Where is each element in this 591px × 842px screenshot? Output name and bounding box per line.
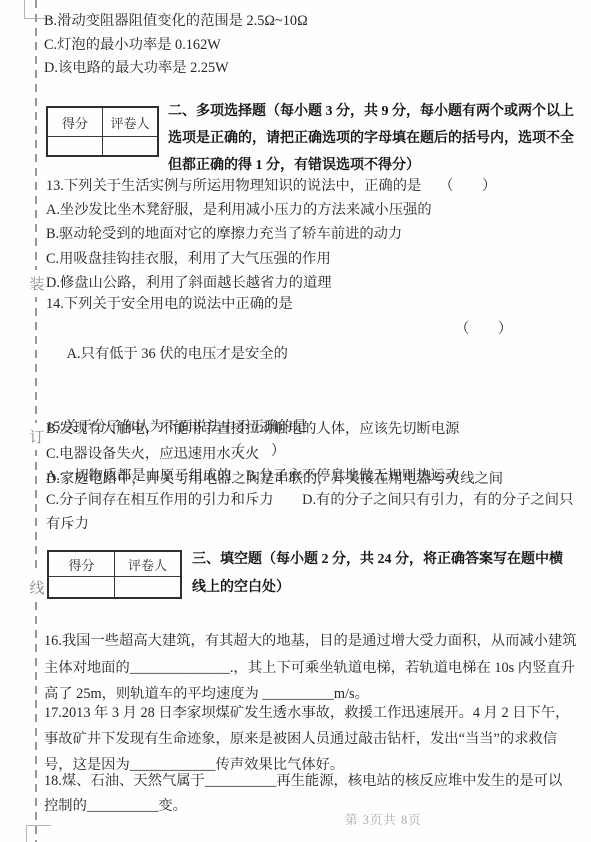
score-label: 得分 (48, 551, 115, 577)
score-input-cell (48, 577, 115, 599)
question-18: 18.煤、石油、天然气属于__________再生能源，核电站的核反应堆中发生的… (44, 769, 562, 819)
q13-option-a: A.坐沙发比坐木凳舒服，是利用减小压力的方法来减小压强的 (46, 198, 496, 222)
score-box-1: 得分 评卷人 (46, 106, 159, 157)
q12-option-b: B.滑动变阻器阻值变化的范围是 2.5Ω~10Ω (44, 10, 308, 34)
q15-answer-bracket: （ ） (46, 439, 573, 463)
q18-line-1: 18.煤、石油、天然气属于__________再生能源，核电站的核反应堆中发生的… (44, 769, 562, 794)
q14-option-a: A.只有低于 36 伏的电压才是安全的 (67, 346, 288, 362)
score-input-cell (47, 137, 103, 157)
q13-option-c: C.用吸盘挂钩挂衣服，利用了大气压强的作用 (46, 247, 496, 271)
q14-answer-bracket: （ ） (455, 317, 512, 342)
q14-stem: 14.下列关于安全用电的说法中正确的是 (46, 292, 503, 317)
q12-option-c: C.灯泡的最小功率是 0.162W (44, 34, 308, 58)
q14-option-a-row: A.只有低于 36 伏的电压才是安全的 （ ） (46, 317, 503, 417)
score-label: 得分 (47, 107, 103, 137)
q17-line-2: 事故矿井下发现有生命迹象，原来是被困人员通过敲击钻杆，发出“当当”的求救信 (44, 726, 569, 752)
grader-label: 评卷人 (103, 107, 159, 137)
exam-page: 装 订 线 B.滑动变阻器阻值变化的范围是 2.5Ω~10Ω C.灯泡的最小功率… (0, 0, 591, 842)
binding-char-xian: 线 (28, 574, 46, 601)
q12-option-d: D.该电路的最大功率是 2.25W (44, 57, 308, 81)
q17-line-1: 17.2013 年 3 月 28 日李家坝煤矿发生透水事故，救援工作迅速展开。4… (44, 700, 569, 726)
score-box-2: 得分 评卷人 (47, 550, 182, 599)
section-2-header-line-1: 二、多项选择题（每小题 3 分，共 9 分，每小题有两个或两个以上 (168, 98, 578, 125)
q15-stem: 15.关于分子你认为下面说法中不正确的是 (46, 415, 573, 439)
grader-label: 评卷人 (115, 551, 182, 577)
q13-option-b: B.驱动轮受到的地面对它的摩擦力充当了轿车前进的动力 (46, 222, 496, 246)
q13-stem: 13.下列关于生活实例与所运用物理知识的说法中，正确的是 （ ） (46, 174, 496, 198)
binding-char-ding: 订 (28, 423, 46, 450)
section-3-header-line-1: 三、填空题（每小题 2 分，共 24 分，将正确答案写在题中横 (192, 546, 577, 574)
q15-options-cd: C.分子间存在相互作用的引力和斥力 D.有的分子之间只有引力，有的分子之间只 (46, 488, 573, 512)
question-17: 17.2013 年 3 月 28 日李家坝煤矿发生透水事故，救援工作迅速展开。4… (44, 700, 569, 778)
q15-option-d-wrap: 有斥力 (46, 512, 573, 536)
section-2-header-line-2: 选项是正确的，请把正确选项的字母填在题后的括号内，选项不全 (168, 125, 578, 152)
frame-corner-bottom-left (26, 825, 51, 842)
question-13: 13.下列关于生活实例与所运用物理知识的说法中，正确的是 （ ） A.坐沙发比坐… (46, 174, 496, 295)
section-3-header: 三、填空题（每小题 2 分，共 24 分，将正确答案写在题中横 线上的空白处） (192, 546, 577, 602)
question-16: 16.我国一些超高大建筑，有其超大的地基，目的是通过增大受力面积，从而减小建筑 … (44, 628, 577, 708)
question-15: 15.关于分子你认为下面说法中不正确的是 （ ） A.一切物质都是由原子组成的 … (46, 415, 573, 536)
page-footer: 第 3页共 8页 (345, 810, 422, 828)
grader-input-cell (115, 577, 182, 599)
section-3-header-line-2: 线上的空白处） (192, 574, 577, 602)
question-12-options: B.滑动变阻器阻值变化的范围是 2.5Ω~10Ω C.灯泡的最小功率是 0.16… (44, 10, 308, 81)
section-2-header: 二、多项选择题（每小题 3 分，共 9 分，每小题有两个或两个以上 选项是正确的… (168, 98, 578, 179)
q16-line-2: 主体对地面的______________.，其上下可乘坐轨道电梯，若轨道电梯在 … (44, 655, 577, 682)
q18-line-2: 控制的__________变。 (44, 794, 562, 819)
grader-input-cell (103, 137, 159, 157)
binding-dashed-line (35, 0, 37, 842)
binding-char-zhuang: 装 (28, 270, 46, 297)
q16-line-1: 16.我国一些超高大建筑，有其超大的地基，目的是通过增大受力面积，从而减小建筑 (44, 628, 577, 655)
q15-options-ab: A.一切物质都是由原子组成的 B.分子永不停息地做无规则热运动 (46, 464, 573, 488)
